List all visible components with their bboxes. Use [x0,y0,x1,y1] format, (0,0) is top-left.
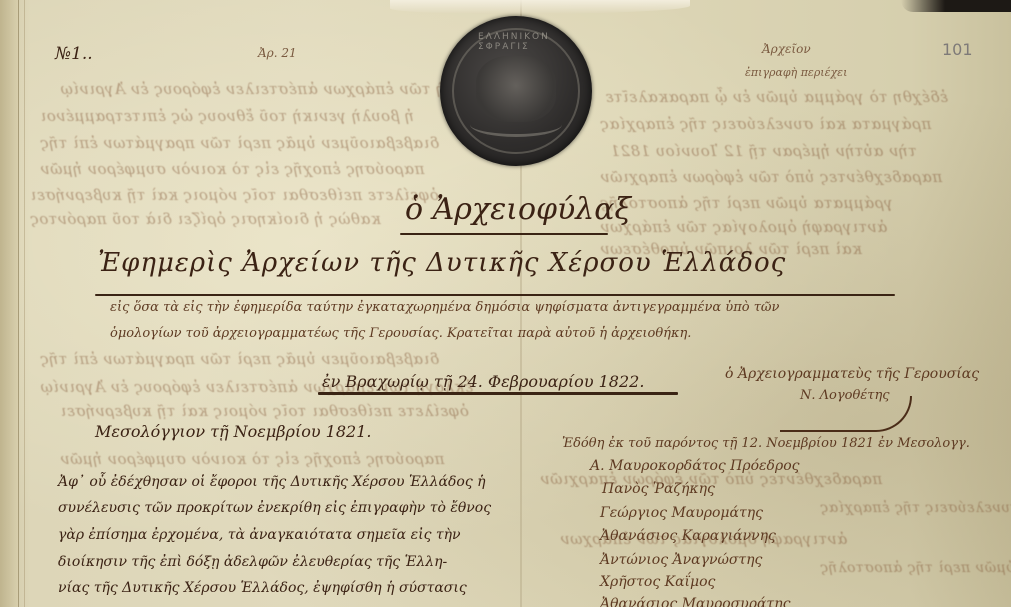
seal-legend: ΕΛΛΗΝΙΚΟΝ ΣΦΡΑΓΙΣ [478,32,592,52]
bleed-line: ὀφείλετε πείθεσθαι τοῖς νόμοις καὶ τῇ κυ… [60,402,469,420]
document-title: ὁ Ἀρχειοφύλαξ [405,192,631,227]
bleed-line: ὀφείλετε πείθεσθαι τοῖς νόμοις καὶ τῇ κυ… [30,186,439,204]
margin-line [24,0,25,607]
reference-note: Ἀρ. 21 [258,46,297,60]
document-number: №1.. [55,44,93,64]
title-underline [400,233,608,235]
intro-line: εἰς ὅσα τὰ εἰς τὴν ἐφημερίδα ταύτην ἐγκα… [110,300,779,315]
document-subtitle: Ἐφημερὶς Ἀρχείων τῆς Δυτικῆς Χέρσου Ἑλλά… [98,248,786,278]
bleed-line: γράμματα ὑμῶν περὶ τῆς ἀποστολῆς [600,194,893,212]
signatory-title: ὁ Ἀρχειογραμματεὺς τῆς Γερουσίας [725,366,979,382]
bleed-line: πράγματα καὶ συνελεύσεις τῆς ἐπαρχίας [820,500,1011,516]
signer-line: Ἀθανάσιος Μαυροσυράτης [600,596,790,607]
torn-corner [901,0,1011,12]
intro-line: ὁμολογίων τοῦ ἀρχειογραμματέως τῆς Γερου… [110,326,691,341]
archive-subnote: ἐπιγραφὴ περιέχει [745,66,847,79]
signer-line: Ἀντώνιος Ἀναγνώστης [600,552,762,568]
bleed-line: διαβεβαιοῦμεν ὑμᾶς περὶ τῶν πραγμάτων ἐπ… [40,134,439,152]
paper-crease [390,0,690,14]
bleed-line: ἐδέχθη τὸ γράμμα ὑμῶν ἐν ᾧ παρακαλεῖτε [605,88,948,106]
signer-line: Α. Μαυροκορδάτος Πρόεδρος [590,458,799,474]
signer-line: Ἀθανάσιος Καραγιάννης [600,528,776,544]
bleed-line: ἡ βουλὴ γενικὴ τοῦ ἔθνους ὡς ἐπιτετραμμέ… [40,107,414,125]
subtitle-underline [95,294,895,296]
signature-flourish [780,396,912,432]
bleed-line: διαβεβαιοῦμεν ὑμᾶς περὶ τῶν πραγμάτων ἐπ… [40,350,439,368]
bleed-line: ἐκλογὴ τῶν ἐπάρχων ἀπέστειλεν ἐφόρους ἐν… [60,80,493,98]
bleed-line: παρούσης ἐποχῆς εἰς τὸ κοινὸν συμφέρον ἡ… [40,160,425,178]
pencil-page-number: 101 [942,40,973,59]
signer-line: Χρῆστος Καΐμος [600,574,715,590]
bleed-line: καθὼς ἡ διοίκησις ὁρίζει διὰ τοῦ παρόντο… [30,210,381,228]
archive-note: Ἀρχεῖον [762,42,811,56]
page-edge [0,0,19,607]
entry-line: γὰρ ἐπίσημα ἐρχομένα, τὰ ἀναγκαιότατα ση… [58,527,461,543]
date-line: ἐν Βραχωρίῳ τῇ 24. Φεβρουαρίου 1822. [322,372,644,391]
entry-line: διοίκησιν τῆς ἐπὶ δόξῃ ἀδελφῶν ἐλευθερία… [58,554,447,570]
entry-heading-right: Ἐδόθη ἐκ τοῦ παρόντος τῇ 12. Νοεμβρίου 1… [562,436,970,451]
signer-line: Γεώργιος Μαυρομάτης [600,505,763,521]
bleed-line: γράμματα ὑμῶν περὶ τῆς ἀποστολῆς [820,560,1011,576]
bleed-line: ἀντιγραφὴ ὁμολογίας τῶν ἐπάρχων [600,218,887,236]
document-page: ἐκλογὴ τῶν ἐπάρχων ἀπέστειλεν ἐφόρους ἐν… [0,0,1011,607]
entry-heading-left: Μεσολόγγιον τῇ Νοεμβρίου 1821. [95,422,371,441]
entry-line: Ἀφ᾽ οὗ ἐδέχθησαν οἱ ἔφοροι τῆς Δυτικῆς Χ… [58,474,486,490]
bleed-line: πράγματα καὶ συνελεύσεις τῆς ἐπαρχίας [600,115,931,133]
seal-wreath-icon [470,112,562,137]
entry-line: συνέλευσις τῶν προκρίτων ἐνεκρίθη εἰς ἐπ… [58,500,491,516]
bleed-line: παραδεχθέντες ὑπὸ τῶν ἐφόρων ἐπαρχιῶν [600,168,942,186]
signer-line: Πανὸς Ῥαζήκης [602,481,715,497]
bleed-line: τὴν αὐτὴν ἡμέραν τῇ 12 Ἰουνίου 1821 [610,142,917,160]
bleed-line: παρούσης ἐποχῆς εἰς τὸ κοινὸν συμφέρον ἡ… [60,450,445,468]
date-underline [318,392,678,395]
wax-seal: ΕΛΛΗΝΙΚΟΝ ΣΦΡΑΓΙΣ [440,16,592,166]
entry-line: νίας τῆς Δυτικῆς Χέρσου Ἑλλάδος, ἐψηφίσθ… [58,580,467,596]
